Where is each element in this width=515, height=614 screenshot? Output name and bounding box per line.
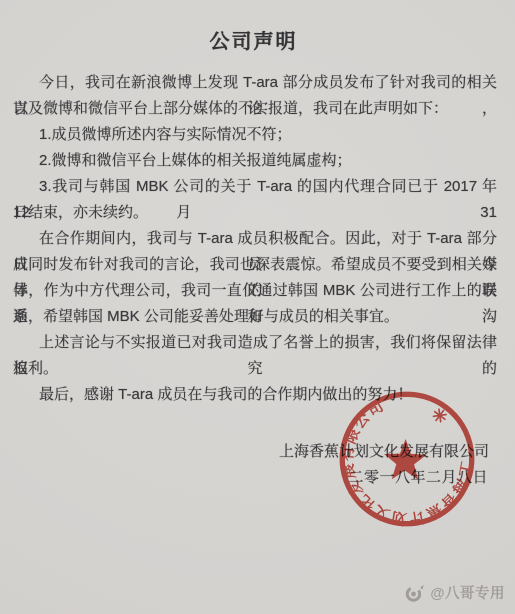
- star-icon: [375, 434, 433, 492]
- body-line-item-1: 1.成员微博所述内容与实际情况不符；: [13, 122, 497, 148]
- document-title: 公司声明: [0, 25, 507, 54]
- watermark-text: @八哥专用: [430, 582, 505, 603]
- body-line: 在合作期间内，我司与 T-ara 成员积极配合。因此，对于 T-ara 部分成员…: [13, 226, 497, 252]
- document-body: 今日，我司在新浪微博上发现 T-ara 部分成员发布了针对我司的相关言论， 以及…: [13, 70, 497, 408]
- watermark: @八哥专用: [404, 582, 505, 603]
- body-line: 今日，我司在新浪微博上发现 T-ara 部分成员发布了针对我司的相关言论，: [13, 70, 497, 96]
- body-line: 以及微博和微信平台上部分媒体的不实报道，我司在此声明如下：: [13, 96, 497, 122]
- body-line: 上述言论与不实报道已对我司造成了名誉上的损害，我们将保留法律追究的: [13, 330, 497, 356]
- body-line-item-2: 2.微博和微信平台上媒体的相关报道纯属虚构；: [13, 148, 497, 174]
- body-line: 导，作为中方代理公司，我司一直仅通过韩国 MBK 公司进行工作上的联系和沟: [13, 278, 497, 304]
- weibo-eye-icon: [404, 583, 426, 602]
- company-seal-stamp: 上海香蕉计划文化发展有限公司: [334, 386, 480, 532]
- body-line: 日同时发布针对我司的言论，我司也深表震惊。希望成员不要受到相关媒体的误: [13, 252, 497, 278]
- statement-document-photo: 公司声明 今日，我司在新浪微博上发现 T-ara 部分成员发布了针对我司的相关言…: [0, 0, 515, 614]
- body-line-item-3: 3.我司与韩国 MBK 公司的关于 T-ara 的国内代理合同已于 2017 年…: [13, 174, 497, 200]
